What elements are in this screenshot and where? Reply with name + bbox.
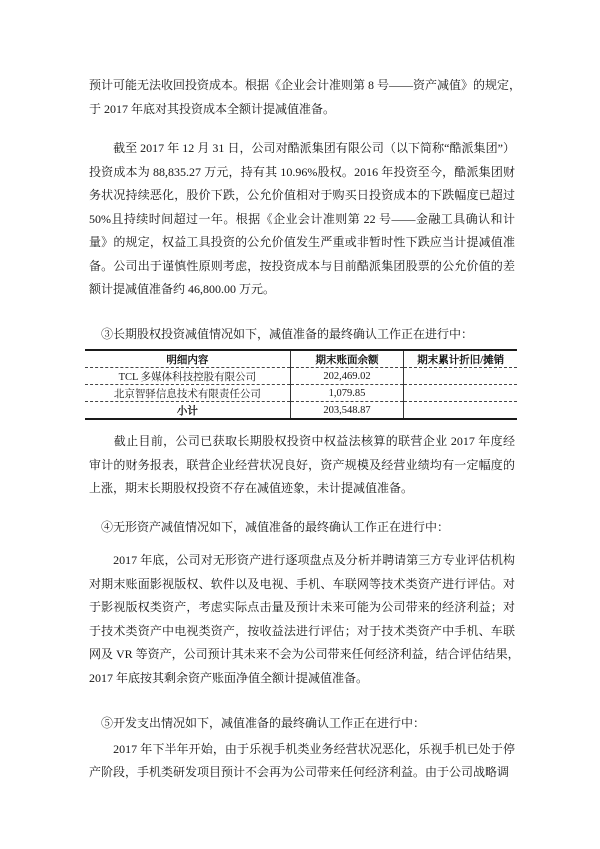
text-line: 2017 年底按其剩余资产账面净值全额计提减值准备。 — [89, 667, 515, 691]
text-line: 备。公司出于谨慎性原则考虑，按投资成本与目前酷派集团股票的公允价值的差 — [89, 255, 515, 279]
text-line: 额计提减值准备约 46,800.00 万元。 — [89, 278, 515, 302]
heading-item5-development-expenditure: ⑤开发支出情况如下，减值准备的最终确认工作正在进行中： — [89, 712, 515, 736]
text-line: 50%且持续时间超过一年。根据《企业会计准则第 22 号——金融工具确认和计 — [89, 208, 515, 232]
text-line: 截至 2017 年 12 月 31 日，公司对酷派集团有限公司（以下简称“酷派集… — [89, 137, 515, 161]
text-line: 2017 年下半年开始，由于乐视手机类业务经营状况恶化，乐视手机已处于停 — [89, 738, 515, 762]
table-header-detail: 明细内容 — [85, 350, 290, 368]
impairment-table: 明细内容 期末账面余额 期末累计折旧/摊销 TCL 多媒体科技控股有限公司 20… — [85, 349, 517, 420]
paragraph-phone-business-deterioration: 2017 年下半年开始，由于乐视手机类业务经营状况恶化，乐视手机已处于停产阶段，… — [89, 738, 515, 785]
paragraph-coolpad-investment: 截至 2017 年 12 月 31 日，公司对酷派集团有限公司（以下简称“酷派集… — [89, 137, 515, 302]
document-page: 预计可能无法收回投资成本。根据《企业会计准则第 8 号——资产减值》的规定，于 … — [0, 0, 600, 849]
table-subtotal-row: 小计 203,548.87 — [85, 402, 517, 420]
table-cell-subtotal-depreciation — [404, 402, 517, 420]
table-cell-company: 北京智驿信息技术有限责任公司 — [85, 385, 290, 402]
table-row: TCL 多媒体科技控股有限公司 202,469.02 — [85, 368, 517, 385]
text-line: 于影视版权类资产，考虑实际点击量及预计未来可能为公司带来的经济利益；对 — [89, 596, 515, 620]
paragraph-intangible-assets-assessment: 2017 年底，公司对无形资产进行逐项盘点及分析并聘请第三方专业评估机构对期末账… — [89, 549, 515, 690]
paragraph-associates-audited-statements: 截止目前，公司已获取长期股权投资中权益法核算的联营企业 2017 年度经审计的财… — [89, 430, 515, 501]
text-line: 审计的财务报表，联营企业经营状况良好，资产规模及经营业绩均有一定幅度的 — [89, 454, 515, 478]
text-line: 产阶段，手机类研发项目预计不会再为公司带来任何经济利益。由于公司战略调 — [89, 761, 515, 785]
table-header-accumulated-depreciation: 期末累计折旧/摊销 — [404, 350, 517, 368]
text-line: 网及 VR 等资产，公司预计其未来不会为公司带来任何经济利益，结合评估结果， — [89, 643, 515, 667]
text-line: 对期末账面影视版权、软件以及电视、手机、车联网等技术类资产进行评估。对 — [89, 573, 515, 597]
table-header-ending-balance: 期末账面余额 — [290, 350, 404, 368]
text-line: 务状况持续恶化，股价下跌，公允价值相对于购买日投资成本的下跌幅度已超过 — [89, 184, 515, 208]
text-line: 截止目前，公司已获取长期股权投资中权益法核算的联营企业 2017 年度经 — [89, 430, 515, 454]
text-line: 于技术类资产中电视类资产，按收益法进行评估；对于技术类资产中手机、车联 — [89, 620, 515, 644]
heading-item4-intangible-assets-impairment: ④无形资产减值情况如下，减值准备的最终确认工作正在进行中： — [89, 516, 515, 540]
table-cell-subtotal-balance: 203,548.87 — [290, 402, 404, 420]
table-cell-company: TCL 多媒体科技控股有限公司 — [85, 368, 290, 385]
text-line: 2017 年底，公司对无形资产进行逐项盘点及分析并聘请第三方专业评估机构 — [89, 549, 515, 573]
table-cell-balance: 202,469.02 — [290, 368, 404, 385]
text-line: 量》的规定，权益工具投资的公允价值发生严重或非暂时性下跌应当计提减值准 — [89, 231, 515, 255]
table-cell-subtotal-label: 小计 — [85, 402, 290, 420]
text-line: 预计可能无法收回投资成本。根据《企业会计准则第 8 号——资产减值》的规定， — [89, 74, 515, 98]
text-line: 上涨，期末长期股权投资不存在减值迹象，未计提减值准备。 — [89, 477, 515, 501]
paragraph-continuation-impairment-provision: 预计可能无法收回投资成本。根据《企业会计准则第 8 号——资产减值》的规定，于 … — [89, 74, 515, 121]
table-cell-depreciation — [404, 368, 517, 385]
table-cell-balance: 1,079.85 — [290, 385, 404, 402]
text-line: 于 2017 年底对其投资成本全额计提减值准备。 — [89, 98, 515, 122]
table-row: 北京智驿信息技术有限责任公司 1,079.85 — [85, 385, 517, 402]
table-header-row: 明细内容 期末账面余额 期末累计折旧/摊销 — [85, 350, 517, 368]
table-cell-depreciation — [404, 385, 517, 402]
text-line: 投资成本为 88,835.27 万元，持有其 10.96%股权。2016 年投资… — [89, 161, 515, 185]
heading-item3-long-term-equity-impairment: ③长期股权投资减值情况如下，减值准备的最终确认工作正在进行中： — [89, 323, 515, 347]
